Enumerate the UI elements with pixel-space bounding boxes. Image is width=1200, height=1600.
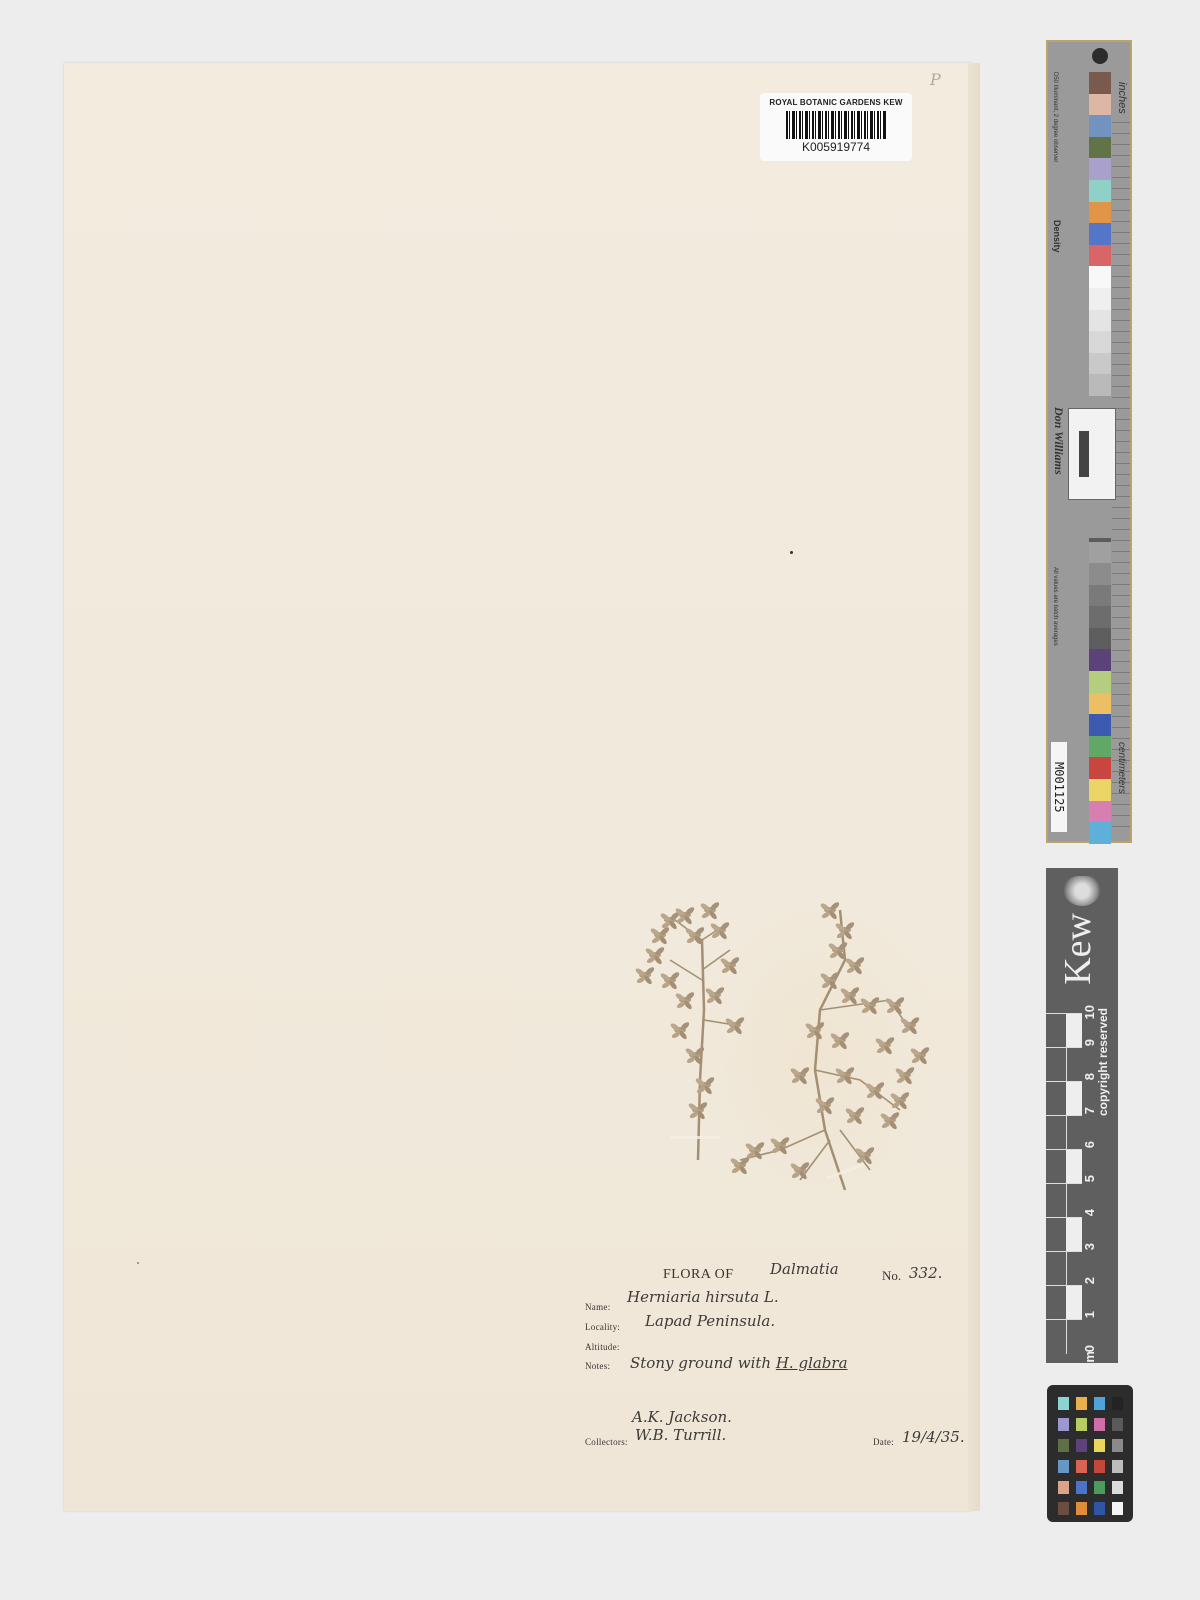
color-checker-card — [1047, 1385, 1133, 1522]
color-patch — [1089, 223, 1111, 245]
color-swatch — [1076, 1397, 1087, 1410]
scale-segment — [1046, 1047, 1082, 1081]
color-patch — [1089, 310, 1111, 332]
name-value: Herniaria hirsuta L. — [627, 1288, 779, 1306]
barcode-icon — [786, 111, 886, 139]
scale-tick-label: 1 — [1082, 1311, 1098, 1318]
ink-spot — [137, 1262, 139, 1264]
color-swatch — [1094, 1397, 1105, 1410]
color-patch — [1089, 94, 1111, 116]
color-patch — [1089, 628, 1111, 650]
barcode-label: ROYAL BOTANIC GARDENS KEW K005919774 — [760, 93, 912, 161]
scale-bar — [1066, 1014, 1082, 1048]
notes-underlined: H. glabra — [776, 1354, 848, 1372]
color-patch — [1089, 353, 1111, 375]
date-label: Date: — [873, 1437, 894, 1447]
color-swatch — [1076, 1418, 1087, 1431]
scale-tick-label: 5 — [1082, 1175, 1098, 1182]
color-patch — [1089, 606, 1111, 628]
scale-segment — [1046, 1149, 1082, 1183]
color-swatch — [1112, 1460, 1123, 1473]
color-swatch — [1094, 1439, 1105, 1452]
color-swatch — [1076, 1502, 1087, 1515]
color-swatch — [1058, 1418, 1069, 1431]
color-swatch — [1112, 1397, 1123, 1410]
notes-value: Stony ground with H. glabra — [630, 1354, 848, 1372]
color-patch — [1089, 115, 1111, 137]
collection-label: FLORA OF Dalmatia No. 332. Name: Herniar… — [570, 1250, 970, 1480]
kew-scale-bar: Kew copyright reserved 012345678910cm — [1046, 868, 1118, 1363]
scale-tick-label: 2 — [1082, 1277, 1098, 1284]
density-label: Density — [1052, 220, 1062, 253]
color-swatch — [1076, 1481, 1087, 1494]
color-patch — [1089, 757, 1111, 779]
color-swatch — [1094, 1460, 1105, 1473]
scale-tick-label: 10 — [1082, 1005, 1098, 1019]
kew-crest-icon — [1064, 876, 1100, 906]
color-swatch — [1112, 1502, 1123, 1515]
scale-tick-label: 6 — [1082, 1141, 1098, 1148]
color-patch — [1089, 202, 1111, 224]
color-swatch — [1112, 1481, 1123, 1494]
copyright-label: copyright reserved — [1096, 1008, 1110, 1116]
brand-label: Don Williams — [1051, 407, 1066, 475]
altitude-label: Altitude: — [585, 1342, 620, 1352]
pencil-mark: P — [930, 70, 941, 89]
unit-label: cm — [1082, 1351, 1098, 1370]
collector-2: W.B. Turrill. — [635, 1426, 726, 1444]
barcode-number: K005919774 — [760, 140, 912, 154]
illuminant-note: D50 Illuminant, 2 degree observer — [1052, 72, 1058, 162]
scale-tick-label: 7 — [1082, 1107, 1098, 1114]
collectors-label: Collectors: — [585, 1437, 628, 1447]
scale-segment — [1046, 1251, 1082, 1285]
ink-spot — [790, 551, 793, 554]
number-label: No. — [882, 1268, 901, 1284]
color-swatch — [1076, 1439, 1087, 1452]
notes-text: Stony ground with — [630, 1354, 771, 1372]
scale-bar — [1066, 1320, 1083, 1354]
scale-segment — [1046, 1285, 1082, 1319]
color-swatch — [1076, 1460, 1087, 1473]
scale-bar — [1066, 1252, 1083, 1286]
color-patch — [1089, 245, 1111, 267]
color-patch — [1089, 649, 1111, 671]
scale-segment — [1046, 1013, 1082, 1047]
scale-bar — [1066, 1150, 1082, 1184]
scale-tick-label: 4 — [1082, 1209, 1098, 1216]
scale-tick-label: 9 — [1082, 1039, 1098, 1046]
inches-label: inches — [1116, 82, 1128, 114]
flora-of-label: FLORA OF — [663, 1267, 734, 1283]
color-patch — [1089, 714, 1111, 736]
color-patch — [1089, 266, 1111, 288]
date-value: 19/4/35. — [902, 1428, 965, 1446]
scale-bar — [1066, 1184, 1083, 1218]
institution-name: ROYAL BOTANIC GARDENS KEW — [760, 98, 912, 107]
color-patch — [1089, 158, 1111, 180]
color-patch — [1089, 801, 1111, 823]
color-patch — [1089, 288, 1111, 310]
scale-segment — [1046, 1081, 1082, 1115]
centimeters-label: centimeters — [1116, 742, 1127, 794]
color-swatch — [1094, 1418, 1105, 1431]
color-calibration-ruler: inches centimeters D50 Illuminant, 2 deg… — [1046, 40, 1132, 843]
color-swatch — [1112, 1418, 1123, 1431]
scale-tick-label: 8 — [1082, 1073, 1098, 1080]
color-swatch — [1058, 1481, 1069, 1494]
notes-label: Notes: — [585, 1361, 610, 1371]
ruler-hole — [1092, 48, 1108, 64]
color-patch — [1089, 693, 1111, 715]
color-patch — [1089, 822, 1111, 844]
scale-bar — [1066, 1048, 1083, 1082]
scale-segment — [1046, 1183, 1082, 1217]
locality-label: Locality: — [585, 1322, 620, 1332]
resolution-target — [1068, 408, 1116, 500]
flora-of-value: Dalmatia — [770, 1260, 839, 1278]
color-swatch — [1112, 1439, 1123, 1452]
color-patch — [1089, 585, 1111, 607]
scale-bar — [1066, 1286, 1082, 1320]
color-patch — [1089, 671, 1111, 693]
color-patch — [1089, 137, 1111, 159]
collector-1: A.K. Jackson. — [632, 1408, 732, 1426]
scale-segment — [1046, 1217, 1082, 1251]
color-swatch — [1058, 1502, 1069, 1515]
color-swatch — [1094, 1502, 1105, 1515]
scale-segment — [1046, 1319, 1082, 1353]
scale-segment — [1046, 1115, 1082, 1149]
scale-bar — [1066, 1116, 1083, 1150]
color-patch — [1089, 736, 1111, 758]
scale-bar — [1066, 1082, 1082, 1116]
number-value: 332. — [909, 1264, 942, 1282]
color-swatch — [1058, 1460, 1069, 1473]
color-patch — [1089, 779, 1111, 801]
color-swatch — [1058, 1397, 1069, 1410]
color-swatch — [1094, 1481, 1105, 1494]
locality-value: Lapad Peninsula. — [645, 1312, 775, 1330]
color-patch — [1089, 542, 1111, 564]
color-swatch — [1058, 1439, 1069, 1452]
ruler-id: M001125 — [1051, 742, 1067, 832]
scale-bar — [1066, 1218, 1082, 1252]
color-patch — [1089, 180, 1111, 202]
kew-logo: Kew — [1056, 913, 1100, 985]
color-patch — [1089, 374, 1111, 396]
color-patch — [1089, 563, 1111, 585]
values-note: All values are batch averages — [1052, 567, 1058, 646]
color-patch — [1089, 331, 1111, 353]
color-patch — [1089, 72, 1111, 94]
name-label: Name: — [585, 1302, 611, 1312]
plant-specimen — [600, 880, 930, 1200]
scale-tick-label: 3 — [1082, 1243, 1098, 1250]
cm-scale: 012345678910cm — [1046, 1013, 1082, 1353]
